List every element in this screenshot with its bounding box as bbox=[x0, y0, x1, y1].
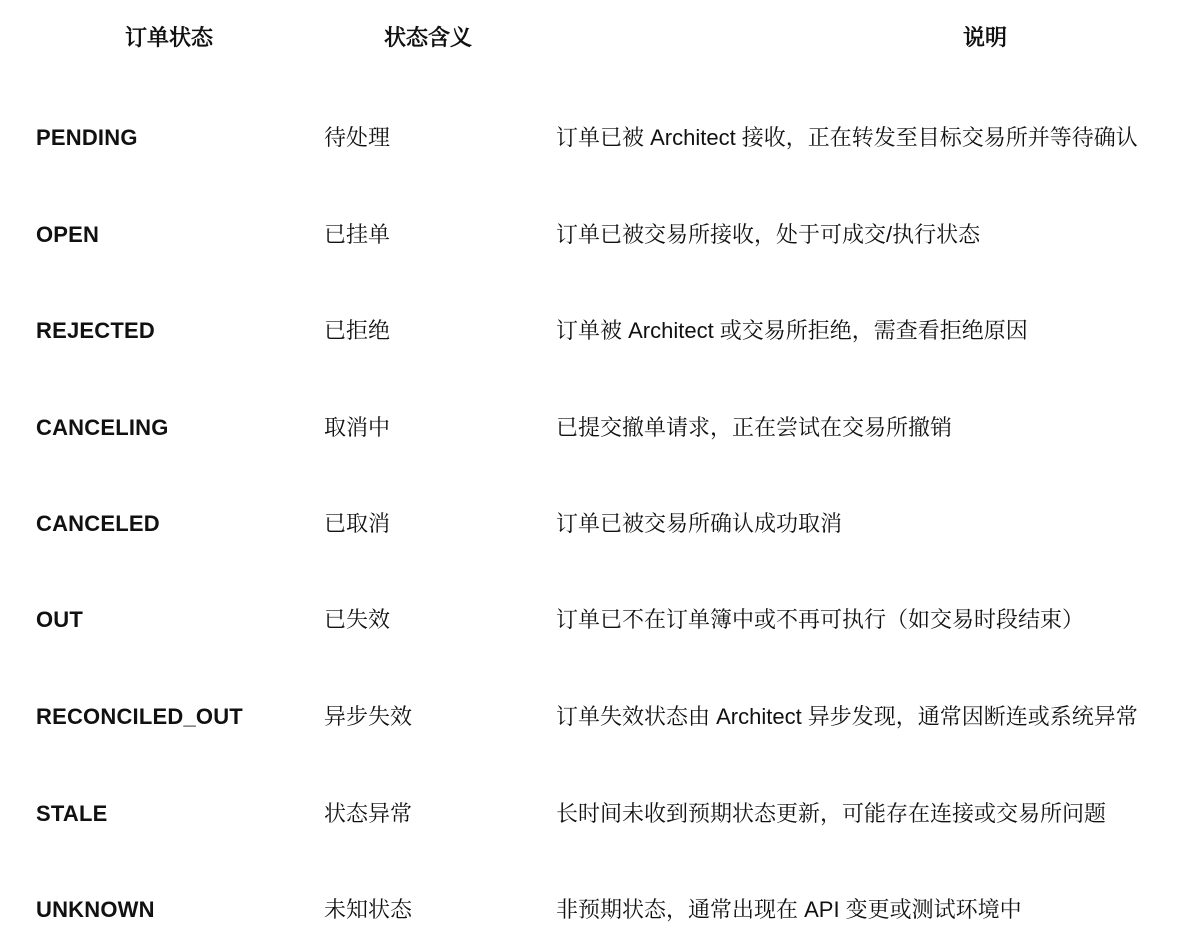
table-row: STALE 状态异常 长时间未收到预期状态更新，可能存在连接或交易所问题 bbox=[0, 794, 1203, 834]
status-description: 订单已被 Architect 接收，正在转发至目标交易所并等待确认 bbox=[556, 118, 1138, 158]
status-meaning: 已取消 bbox=[324, 504, 390, 544]
status-meaning: 已拒绝 bbox=[324, 311, 390, 351]
status-code: OPEN bbox=[36, 215, 99, 255]
status-description: 订单被 Architect 或交易所拒绝，需查看拒绝原因 bbox=[556, 311, 1028, 351]
order-status-table: 订单状态 状态含义 说明 PENDING 待处理 订单已被 Architect … bbox=[0, 0, 1203, 942]
status-description: 订单已被交易所接收，处于可成交/执行状态 bbox=[556, 215, 980, 255]
status-code: CANCELING bbox=[36, 408, 169, 448]
status-description: 订单失效状态由 Architect 异步发现，通常因断连或系统异常 bbox=[556, 697, 1138, 737]
table-header-row: 订单状态 状态含义 说明 bbox=[0, 18, 1203, 58]
status-description: 已提交撤单请求，正在尝试在交易所撤销 bbox=[556, 408, 952, 448]
status-code: CANCELED bbox=[36, 504, 160, 544]
table-row: OPEN 已挂单 订单已被交易所接收，处于可成交/执行状态 bbox=[0, 215, 1203, 255]
table-row: CANCELING 取消中 已提交撤单请求，正在尝试在交易所撤销 bbox=[0, 408, 1203, 448]
status-code: STALE bbox=[36, 794, 107, 834]
table-row: RECONCILED_OUT 异步失效 订单失效状态由 Architect 异步… bbox=[0, 697, 1203, 737]
header-status-meaning: 状态含义 bbox=[328, 18, 528, 58]
table-row: OUT 已失效 订单已不在订单簿中或不再可执行（如交易时段结束） bbox=[0, 600, 1203, 640]
status-meaning: 异步失效 bbox=[324, 697, 412, 737]
status-meaning: 状态异常 bbox=[324, 794, 412, 834]
table-row: PENDING 待处理 订单已被 Architect 接收，正在转发至目标交易所… bbox=[0, 118, 1203, 158]
status-description: 订单已被交易所确认成功取消 bbox=[556, 504, 842, 544]
header-order-status: 订单状态 bbox=[69, 18, 269, 58]
status-description: 订单已不在订单簿中或不再可执行（如交易时段结束） bbox=[556, 600, 1084, 640]
status-meaning: 未知状态 bbox=[324, 890, 412, 930]
status-code: RECONCILED_OUT bbox=[36, 697, 243, 737]
status-code: OUT bbox=[36, 600, 83, 640]
header-description: 说明 bbox=[885, 18, 1085, 58]
status-meaning: 已失效 bbox=[324, 600, 390, 640]
status-meaning: 取消中 bbox=[324, 408, 390, 448]
table-row: UNKNOWN 未知状态 非预期状态，通常出现在 API 变更或测试环境中 bbox=[0, 890, 1203, 930]
status-description: 非预期状态，通常出现在 API 变更或测试环境中 bbox=[556, 890, 1022, 930]
status-code: REJECTED bbox=[36, 311, 155, 351]
status-code: UNKNOWN bbox=[36, 890, 155, 930]
status-description: 长时间未收到预期状态更新，可能存在连接或交易所问题 bbox=[556, 794, 1106, 834]
table-row: REJECTED 已拒绝 订单被 Architect 或交易所拒绝，需查看拒绝原… bbox=[0, 311, 1203, 351]
status-meaning: 已挂单 bbox=[324, 215, 390, 255]
table-row: CANCELED 已取消 订单已被交易所确认成功取消 bbox=[0, 504, 1203, 544]
status-code: PENDING bbox=[36, 118, 138, 158]
status-meaning: 待处理 bbox=[324, 118, 390, 158]
